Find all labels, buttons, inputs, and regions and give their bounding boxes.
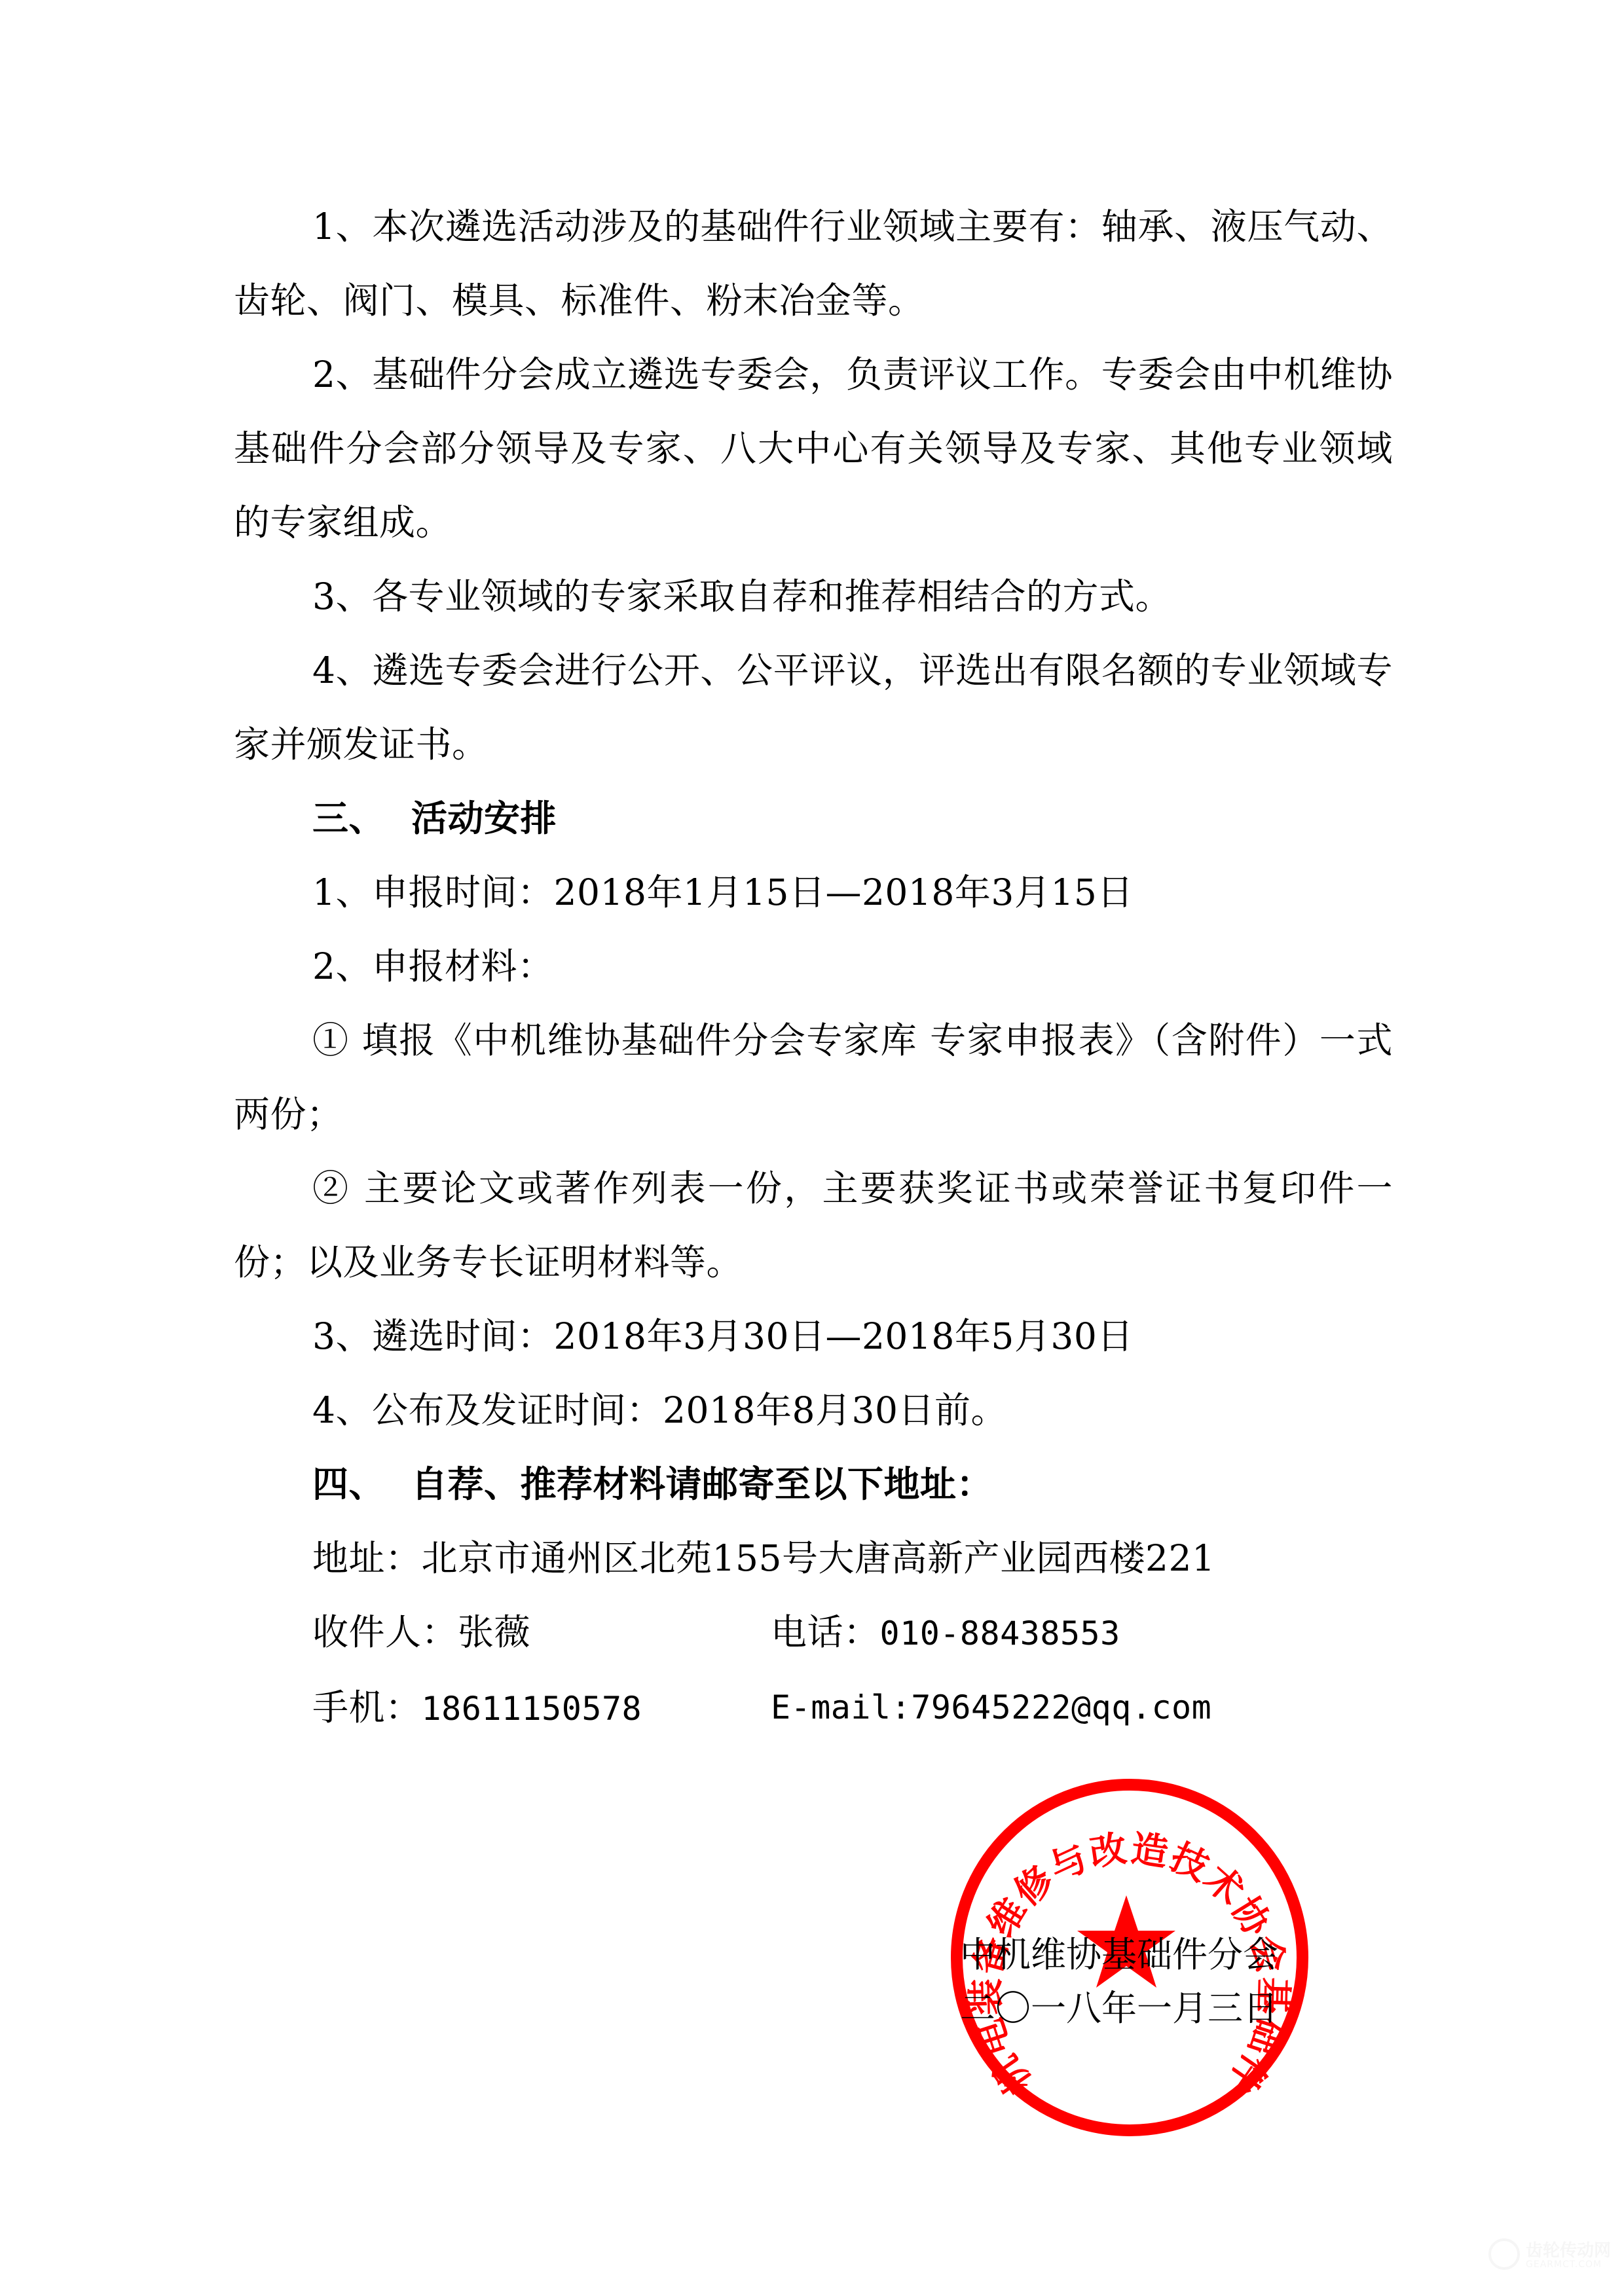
document-body: 1、本次遴选活动涉及的基础件行业领域主要有：轴承、液压气动、齿轮、阀门、模具、标… [234, 190, 1393, 1746]
material-item-2: ② 主要论文或著作列表一份，主要获奖证书或荣誉证书复印件一份；以及业务专长证明材… [234, 1152, 1393, 1300]
address-value: 北京市通州区北苑155号大唐高新产业园西楼221 [422, 1522, 1215, 1595]
email-field: E-mail:79645222@qq.com [771, 1671, 1211, 1746]
mobile-label: 手机： [312, 1686, 422, 1728]
section-number: 四、 [312, 1463, 385, 1505]
phone-label: 电话： [771, 1611, 880, 1653]
schedule-application-period: 1、申报时间：2018年1月15日—2018年3月15日 [234, 856, 1393, 930]
section-title: 活动安排 [411, 797, 557, 839]
mobile-field: 手机：18611150578 [312, 1671, 771, 1746]
watermark-subtitle: GEARMCT.COM [1526, 2259, 1602, 2270]
recipient-label: 收件人： [312, 1611, 458, 1653]
signature-block: 中机维协基础件分会 二〇一八年一月三日 [960, 1928, 1278, 2035]
address-label: 地址： [312, 1522, 422, 1595]
signature-date: 二〇一八年一月三日 [960, 1982, 1278, 2035]
recipient-value: 张薇 [458, 1611, 530, 1653]
gear-logo-icon [1488, 2238, 1520, 2270]
mobile-value: 18611150578 [422, 1690, 642, 1728]
paragraph-item-2: 2、基础件分会成立遴选专委会，负责评议工作。专委会由中机维协基础件分会部分领导及… [234, 338, 1393, 560]
phone-field: 电话：010-88438553 [771, 1595, 1120, 1671]
section-heading-mailing: 四、自荐、推荐材料请邮寄至以下地址： [234, 1448, 1393, 1522]
section-title: 自荐、推荐材料请邮寄至以下地址： [411, 1463, 993, 1505]
document-page: 1、本次遴选活动涉及的基础件行业领域主要有：轴承、液压气动、齿轮、阀门、模具、标… [0, 0, 1624, 2296]
section-number: 三、 [312, 797, 385, 839]
phone-value: 010-88438553 [880, 1614, 1120, 1652]
paragraph-item-3: 3、各专业领域的专家采取自荐和推荐相结合的方式。 [234, 560, 1393, 634]
mobile-email-row: 手机：18611150578 E-mail:79645222@qq.com [234, 1671, 1393, 1746]
paragraph-item-4: 4、遴选专委会进行公开、公平评议，评选出有限名额的专业领域专家并颁发证书。 [234, 634, 1393, 782]
email-label: E-mail: [771, 1688, 911, 1726]
recipient-phone-row: 收件人：张薇 电话：010-88438553 [234, 1595, 1393, 1671]
material-item-1: ① 填报《中机维协基础件分会专家库 专家申报表》（含附件）一式两份； [234, 1004, 1393, 1152]
site-watermark: 齿轮传动网 GEARMCT.COM [1483, 2236, 1614, 2275]
schedule-announcement-date: 4、公布及发证时间：2018年8月30日前。 [234, 1374, 1393, 1448]
recipient-field: 收件人：张薇 [312, 1595, 771, 1671]
signature-organization: 中机维协基础件分会 [960, 1928, 1278, 1982]
section-heading-activity-schedule: 三、活动安排 [234, 782, 1393, 856]
schedule-application-materials: 2、申报材料： [234, 930, 1393, 1004]
paragraph-item-1: 1、本次遴选活动涉及的基础件行业领域主要有：轴承、液压气动、齿轮、阀门、模具、标… [234, 190, 1393, 338]
address-row: 地址：北京市通州区北苑155号大唐高新产业园西楼221 [234, 1522, 1393, 1595]
watermark-title: 齿轮传动网 [1526, 2237, 1611, 2261]
email-value: 79645222@qq.com [911, 1688, 1211, 1726]
schedule-selection-period: 3、遴选时间：2018年3月30日—2018年5月30日 [234, 1300, 1393, 1374]
